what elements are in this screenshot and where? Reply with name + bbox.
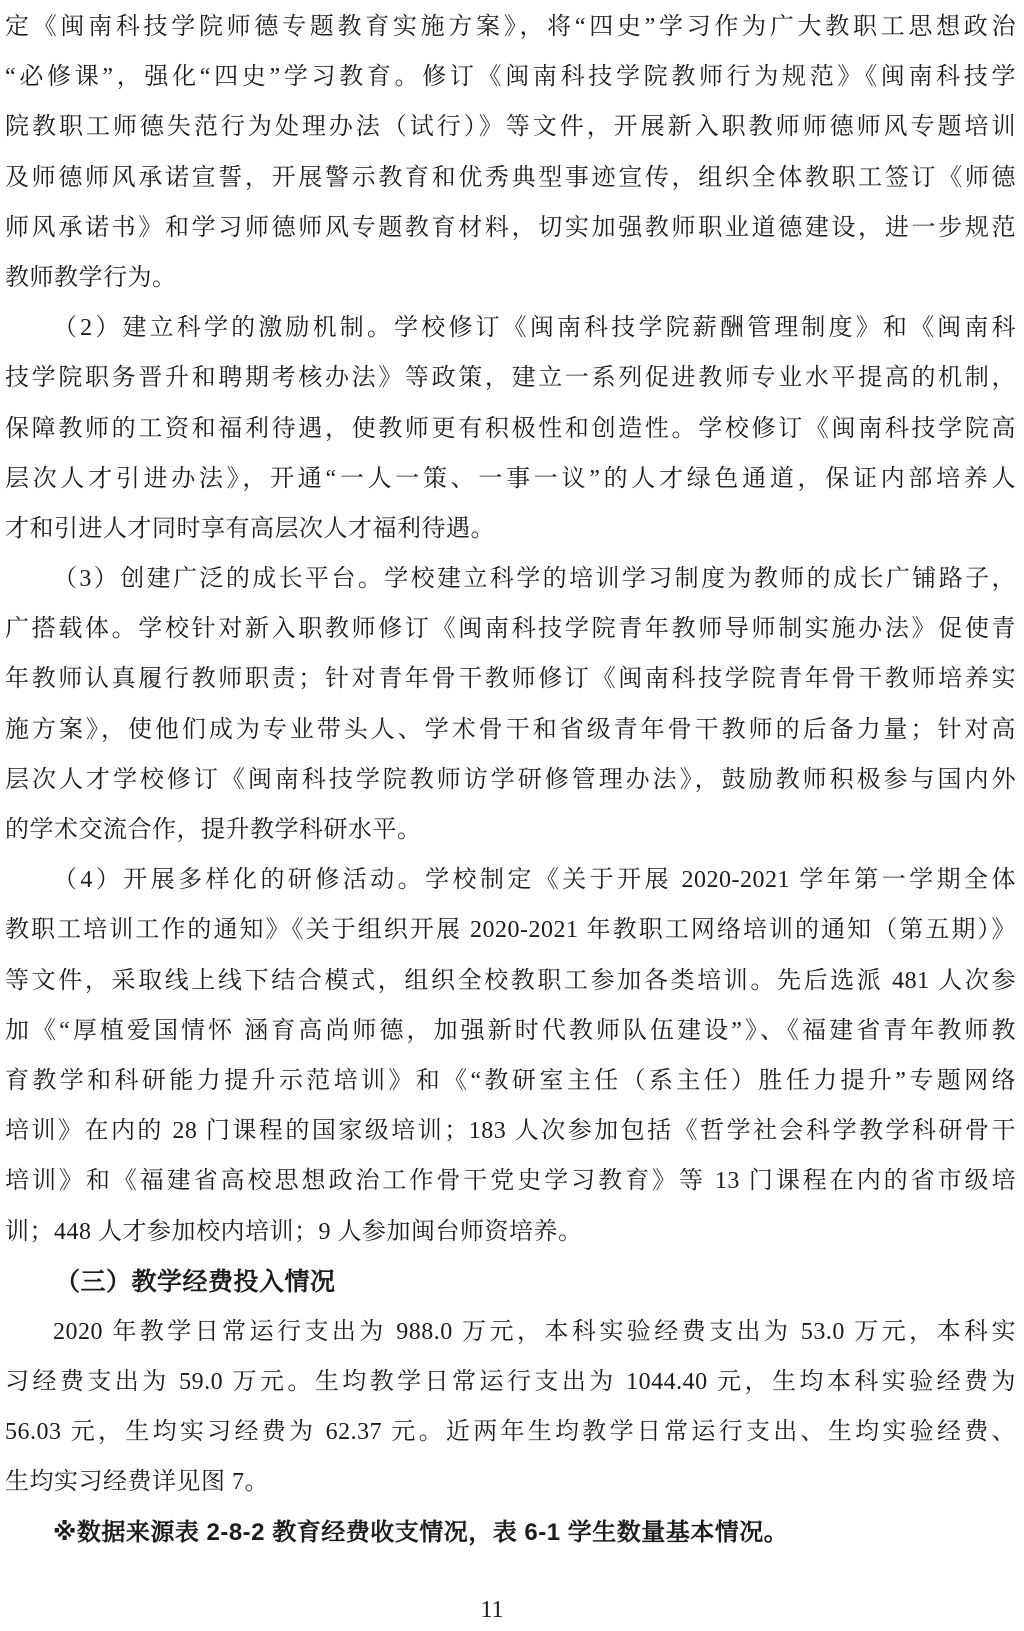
paragraph-continuation: 定《闽南科技学院师德专题教育实施方案》，将“四史”学习作为广大教职工思想政治 “… — [5, 2, 1016, 303]
text-line: 年教师认真履行教师职责；针对青年骨干教师修订《闽南科技学院青年骨干教师培养实 — [5, 654, 1016, 704]
text-line: 生均实习经费详见图 7。 — [5, 1457, 1016, 1507]
text-line: 及师德师风承诺宣誓，开展警示教育和优秀典型事迹宣传，组织全体教职工签订《师德 — [5, 153, 1016, 203]
section-heading: （三）教学经费投入情况 — [5, 1257, 1016, 1307]
document-page: 定《闽南科技学院师德专题教育实施方案》，将“四史”学习作为广大教职工思想政治 “… — [0, 0, 1024, 1631]
text-line: （4）开展多样化的研修活动。学校制定《关于开展 2020-2021 学年第一学期… — [5, 855, 1016, 905]
page-number: 11 — [480, 1597, 503, 1623]
text-line: 保障教师的工资和福利待遇，使教师更有积极性和创造性。学校修订《闽南科技学院高 — [5, 404, 1016, 454]
text-line: 培训》在内的 28 门课程的国家级培训；183 人次参加包括《哲学社会科学教学科… — [5, 1106, 1016, 1156]
paragraph-2-incentive-mechanism: （2）建立科学的激励机制。学校修订《闽南科技学院薪酬管理制度》和《闽南科 技学院… — [5, 303, 1016, 554]
text-line: 育教学和科研能力提升示范培训》和《“教研室主任（系主任）胜任力提升”专题网络 — [5, 1056, 1016, 1106]
data-source-note: ※数据来源表 2-8-2 教育经费收支情况，表 6-1 学生数量基本情况。 — [5, 1508, 1016, 1558]
data-source-note-block: ※数据来源表 2-8-2 教育经费收支情况，表 6-1 学生数量基本情况。 — [5, 1508, 1016, 1558]
text-line: 教师教学行为。 — [5, 253, 1016, 303]
text-line: 2020 年教学日常运行支出为 988.0 万元，本科实验经费支出为 53.0 … — [5, 1307, 1016, 1357]
section-funding: （三）教学经费投入情况 — [5, 1257, 1016, 1307]
text-line: 师风承诺书》和学习师德师风专题教育材料，切实加强教师职业道德建设，进一步规范 — [5, 203, 1016, 253]
page-footer: 11 — [0, 1595, 984, 1625]
text-line: 训；448 人才参加校内培训；9 人参加闽台师资培养。 — [5, 1207, 1016, 1257]
paragraph-3-growth-platform: （3）创建广泛的成长平台。学校建立科学的培训学习制度为教师的成长广铺路子， 广搭… — [5, 554, 1016, 855]
paragraph-funding-figures: 2020 年教学日常运行支出为 988.0 万元，本科实验经费支出为 53.0 … — [5, 1307, 1016, 1508]
text-line: 等文件，采取线上线下结合模式，组织全校教职工参加各类培训。先后选派 481 人次… — [5, 956, 1016, 1006]
text-line: 层次人才学校修订《闽南科技学院教师访学研修管理办法》，鼓励教师积极参与国内外 — [5, 755, 1016, 805]
text-line: 加《“厚植爱国情怀 涵育高尚师德，加强新时代教师队伍建设”》、《福建省青年教师教 — [5, 1006, 1016, 1056]
text-line: 习经费支出为 59.0 万元。生均教学日常运行支出为 1044.40 元，生均本… — [5, 1357, 1016, 1407]
text-line: “必修课”，强化“四史”学习教育。修订《闽南科技学院教师行为规范》《闽南科技学 — [5, 52, 1016, 102]
text-line: 广搭载体。学校针对新入职教师修订《闽南科技学院青年教师导师制实施办法》促使青 — [5, 604, 1016, 654]
text-line: 培训》和《福建省高校思想政治工作骨干党史学习教育》等 13 门课程在内的省市级培 — [5, 1156, 1016, 1206]
text-line: （3）创建广泛的成长平台。学校建立科学的培训学习制度为教师的成长广铺路子， — [5, 554, 1016, 604]
text-line: 的学术交流合作，提升教学科研水平。 — [5, 805, 1016, 855]
text-line: 层次人才引进办法》，开通“一人一策、一事一议”的人才绿色通道，保证内部培养人 — [5, 454, 1016, 504]
text-line: 施方案》，使他们成为专业带头人、学术骨干和省级青年骨干教师的后备力量；针对高 — [5, 705, 1016, 755]
text-line: 才和引进人才同时享有高层次人才福利待遇。 — [5, 504, 1016, 554]
text-line: （2）建立科学的激励机制。学校修订《闽南科技学院薪酬管理制度》和《闽南科 — [5, 303, 1016, 353]
text-line: 教职工培训工作的通知》《关于组织开展 2020-2021 年教职工网络培训的通知… — [5, 905, 1016, 955]
text-line: 56.03 元，生均实习经费为 62.37 元。近两年生均教学日常运行支出、生均… — [5, 1407, 1016, 1457]
text-line: 院教职工师德失范行为处理办法（试行）》等文件，开展新入职教师师德师风专题培训 — [5, 102, 1016, 152]
paragraph-4-training-activities: （4）开展多样化的研修活动。学校制定《关于开展 2020-2021 学年第一学期… — [5, 855, 1016, 1257]
text-line: 定《闽南科技学院师德专题教育实施方案》，将“四史”学习作为广大教职工思想政治 — [5, 2, 1016, 52]
text-line: 技学院职务晋升和聘期考核办法》等政策，建立一系列促进教师专业水平提高的机制， — [5, 353, 1016, 403]
